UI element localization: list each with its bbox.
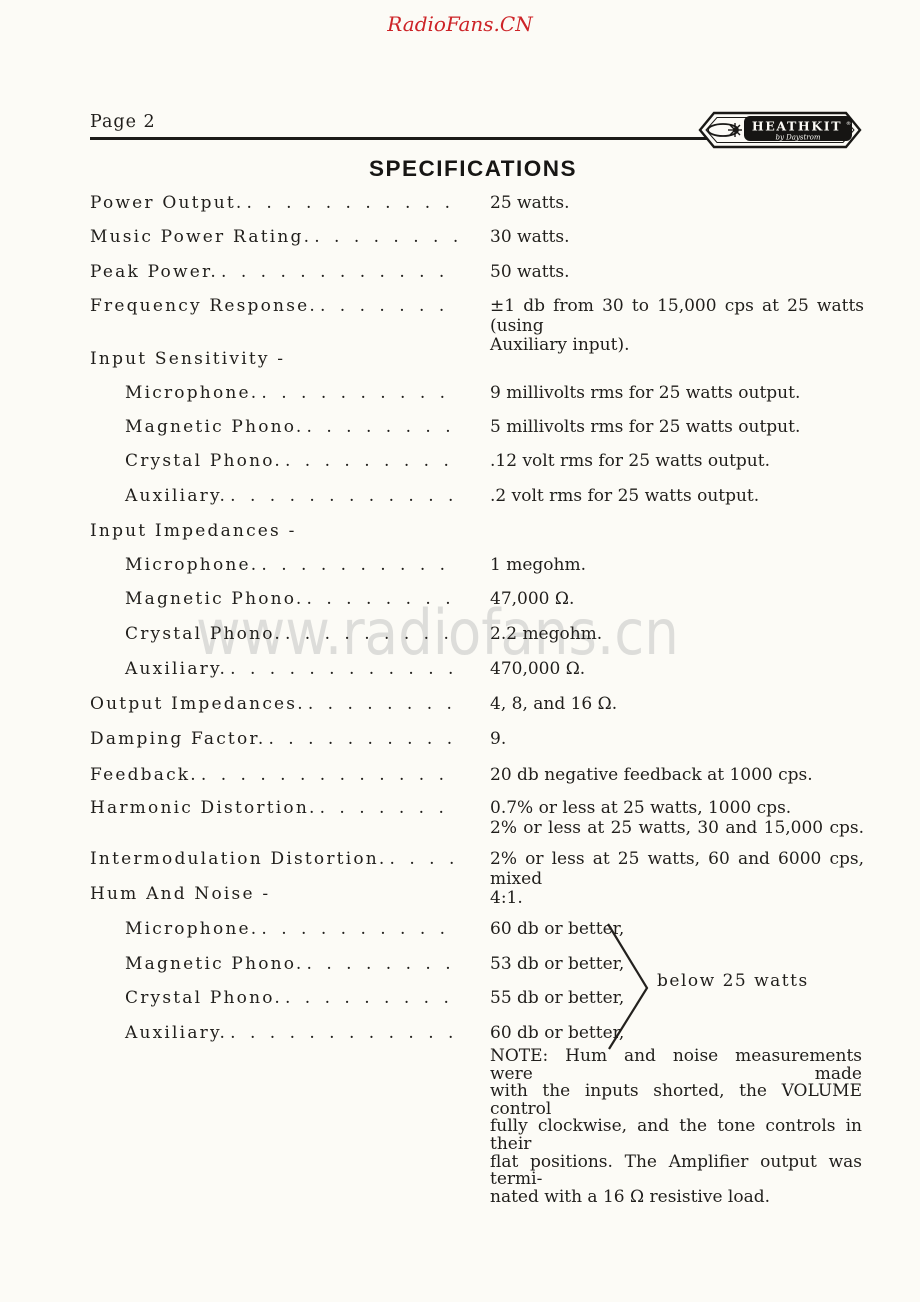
dot-leader [221, 263, 458, 283]
spec-row: Crystal Phono..12 volt rms for 25 watts … [90, 452, 864, 472]
spec-value-line: 55 db or better, [490, 989, 864, 1009]
spec-value: 50 watts. [490, 263, 864, 283]
page-title: SPECIFICATIONS [0, 156, 920, 182]
spec-row: Microphone.1 megohm. [90, 556, 864, 576]
dot-leader [307, 955, 458, 975]
logo-reg-mark: ® [846, 120, 851, 127]
note-paragraph: NOTE: Hum and noise measurements were ma… [490, 1048, 862, 1206]
spec-value: 0.7% or less at 25 watts, 1000 cps.2% or… [490, 799, 864, 838]
spec-value-line: 60 db or better, [490, 920, 864, 940]
spec-label: Peak Power. [90, 263, 218, 283]
spec-value: 60 db or better, [490, 920, 864, 940]
dot-leader [261, 920, 458, 940]
spec-row: Frequency Response.±1 db from 30 to 15,0… [90, 297, 864, 356]
spec-value-line: 50 watts. [490, 263, 864, 283]
spec-row: Feedback.20 db negative feedback at 1000… [90, 766, 864, 786]
top-watermark: RadioFans.CN [0, 12, 920, 36]
dot-leader [201, 766, 458, 786]
spec-value-line: .12 volt rms for 25 watts output. [490, 452, 864, 472]
spec-value: 30 watts. [490, 228, 864, 248]
dot-leader [230, 1024, 458, 1044]
dot-leader [308, 695, 458, 715]
spec-value: .12 volt rms for 25 watts output. [490, 452, 864, 472]
spec-row: Auxiliary.470,000 Ω. [90, 660, 864, 680]
spec-value-line: 9. [490, 730, 864, 750]
note-line: nated with a 16 Ω resistive load. [490, 1189, 862, 1207]
spec-row: Microphone.60 db or better, [90, 920, 864, 940]
page-number-label: Page 2 [90, 112, 156, 132]
spec-label: Magnetic Phono. [125, 590, 304, 610]
spec-row: Magnetic Phono.47,000 Ω. [90, 590, 864, 610]
note-line: flat positions. The Amplifier output was… [490, 1154, 862, 1189]
spec-label: Feedback. [90, 766, 198, 786]
spec-label: Magnetic Phono. [125, 955, 304, 975]
spec-value-line: 20 db negative feedback at 1000 cps. [490, 766, 864, 786]
spec-row: Crystal Phono.55 db or better, [90, 989, 864, 1009]
hum-noise-brace [595, 915, 665, 1060]
spec-label: Auxiliary. [125, 487, 227, 507]
spec-row: Magnetic Phono.5 millivolts rms for 25 w… [90, 418, 864, 438]
spec-value-line: 2.2 megohm. [490, 625, 864, 645]
logo-brand-text: HEATHKIT [752, 119, 842, 134]
spec-row: Crystal Phono.2.2 megohm. [90, 625, 864, 645]
spec-label: Input Impedances - [90, 522, 297, 542]
spec-label: Auxiliary. [125, 1024, 227, 1044]
dot-leader [230, 660, 458, 680]
spec-row: Auxiliary.60 db or better, [90, 1024, 864, 1044]
spec-row: Music Power Rating.30 watts. [90, 228, 864, 248]
spec-value: 47,000 Ω. [490, 590, 864, 610]
spec-value-line: .2 volt rms for 25 watts output. [490, 487, 864, 507]
dot-leader [320, 297, 458, 356]
spec-row: Microphone.9 millivolts rms for 25 watts… [90, 384, 864, 404]
spec-label: Magnetic Phono. [125, 418, 304, 438]
spec-label: Damping Factor. [90, 730, 265, 750]
spec-value-line: 2% or less at 25 watts, 30 and 15,000 cp… [490, 819, 864, 839]
spec-value: 9 millivolts rms for 25 watts output. [490, 384, 864, 404]
dot-leader [247, 194, 458, 214]
spec-label: Auxiliary. [125, 660, 227, 680]
dot-leader [307, 418, 458, 438]
spec-label: Frequency Response. [90, 297, 317, 356]
note-line: with the inputs shorted, the VOLUME cont… [490, 1083, 862, 1118]
spec-label: Output Impedances. [90, 695, 305, 715]
dot-leader [307, 590, 458, 610]
dot-leader [285, 452, 458, 472]
spec-value: 5 millivolts rms for 25 watts output. [490, 418, 864, 438]
spec-section-header: Hum And Noise - [90, 885, 864, 905]
spec-value: 2.2 megohm. [490, 625, 864, 645]
spec-value-line: 60 db or better, [490, 1024, 864, 1044]
spec-value-line: ±1 db from 30 to 15,000 cps at 25 watts … [490, 297, 864, 336]
spec-label: Microphone. [125, 384, 258, 404]
spec-value-line: 25 watts. [490, 194, 864, 214]
spec-label: Microphone. [125, 556, 258, 576]
spec-section-header: Input Impedances - [90, 522, 864, 542]
spec-value-line: 5 millivolts rms for 25 watts output. [490, 418, 864, 438]
dot-leader [261, 384, 458, 404]
spec-row: Auxiliary..2 volt rms for 25 watts outpu… [90, 487, 864, 507]
spec-label: Crystal Phono. [125, 625, 282, 645]
spec-value-line: 9 millivolts rms for 25 watts output. [490, 384, 864, 404]
logo-byline-text: by Daystrom [775, 134, 820, 142]
spec-value: 470,000 Ω. [490, 660, 864, 680]
heathkit-logo: HEATHKIT ® by Daystrom [698, 110, 862, 150]
spec-value-line: 2% or less at 25 watts, 60 and 6000 cps,… [490, 850, 864, 889]
spec-value-line: 470,000 Ω. [490, 660, 864, 680]
spec-row: Harmonic Distortion.0.7% or less at 25 w… [90, 799, 864, 838]
spec-row: Peak Power.50 watts. [90, 263, 864, 283]
spec-value: .2 volt rms for 25 watts output. [490, 487, 864, 507]
spec-value: 1 megohm. [490, 556, 864, 576]
dot-leader [314, 228, 458, 248]
dot-leader [230, 487, 458, 507]
spec-label: Hum And Noise - [90, 885, 270, 905]
spec-label: Music Power Rating. [90, 228, 311, 248]
spec-label: Microphone. [125, 920, 258, 940]
spec-section-header: Input Sensitivity - [90, 350, 864, 370]
note-line: fully clockwise, and the tone controls i… [490, 1118, 862, 1153]
spec-value: 4, 8, and 16 Ω. [490, 695, 864, 715]
brace-annotation: below 25 watts [657, 971, 809, 991]
spec-label: Crystal Phono. [125, 989, 282, 1009]
spec-label: Input Sensitivity - [90, 350, 285, 370]
spec-value-line: 47,000 Ω. [490, 590, 864, 610]
note-line: NOTE: Hum and noise measurements were ma… [490, 1048, 862, 1083]
spec-label: Harmonic Distortion. [90, 799, 317, 838]
dot-leader [261, 556, 458, 576]
spec-value-line: 0.7% or less at 25 watts, 1000 cps. [490, 799, 864, 819]
spec-value-line: 4, 8, and 16 Ω. [490, 695, 864, 715]
header-divider [90, 137, 708, 140]
spec-value: 55 db or better, [490, 989, 864, 1009]
dot-leader [320, 799, 458, 838]
dot-leader [285, 989, 458, 1009]
dot-leader [268, 730, 458, 750]
spec-value: 9. [490, 730, 864, 750]
spec-row: Damping Factor.9. [90, 730, 864, 750]
spec-value-line: 30 watts. [490, 228, 864, 248]
spec-label: Power Output. [90, 194, 244, 214]
spec-row: Power Output.25 watts. [90, 194, 864, 214]
dot-leader [285, 625, 458, 645]
spec-value-line: 1 megohm. [490, 556, 864, 576]
spec-value: 20 db negative feedback at 1000 cps. [490, 766, 864, 786]
spec-value: 60 db or better, [490, 1024, 864, 1044]
spec-value: ±1 db from 30 to 15,000 cps at 25 watts … [490, 297, 864, 356]
spec-label: Crystal Phono. [125, 452, 282, 472]
spec-value: 25 watts. [490, 194, 864, 214]
spec-row: Output Impedances.4, 8, and 16 Ω. [90, 695, 864, 715]
